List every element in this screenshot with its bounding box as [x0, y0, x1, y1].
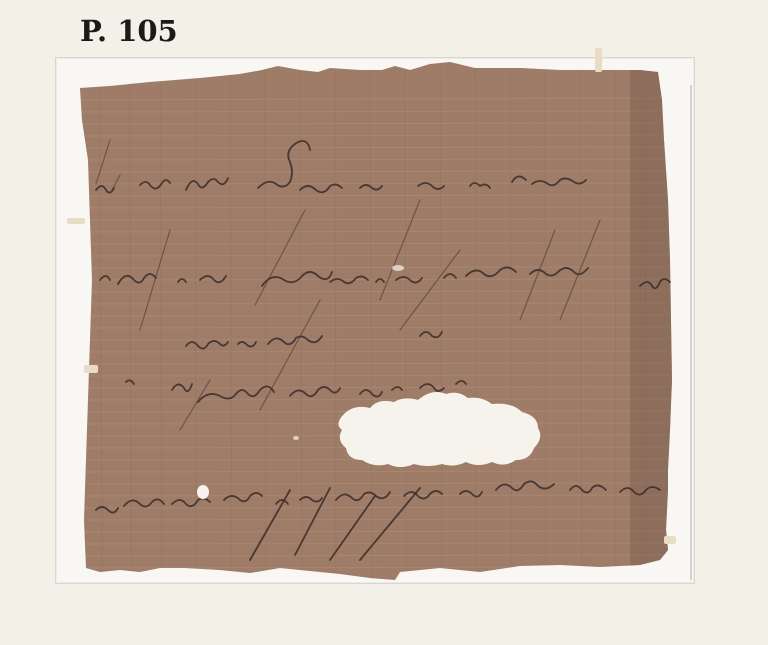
papyrus-fragment	[0, 0, 768, 645]
papyrus-plate: P. 105	[0, 0, 768, 645]
mount-tab	[664, 536, 676, 544]
mount-tab	[595, 48, 602, 72]
mount-tab	[84, 365, 98, 373]
small-hole	[197, 485, 209, 499]
mount-tab	[67, 218, 85, 224]
